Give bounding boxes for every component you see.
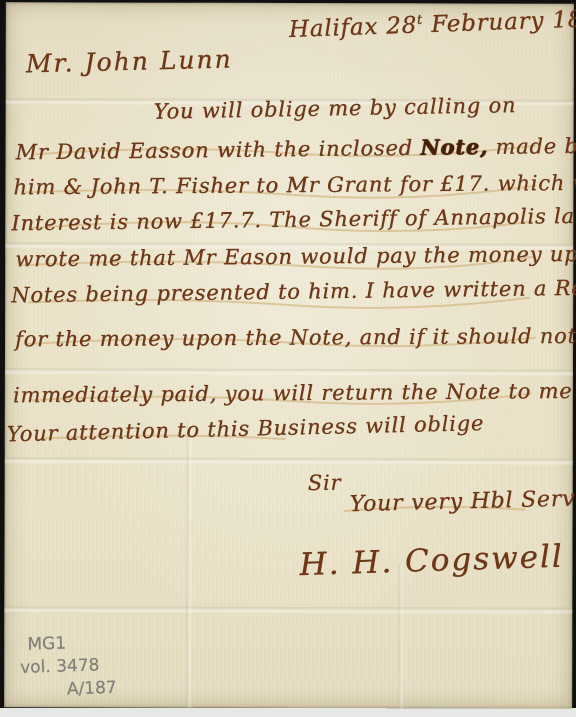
body-line-9: Your attention to this Business will obl… xyxy=(7,411,485,446)
fold-crease xyxy=(186,423,193,708)
body-line-2-post: made by xyxy=(488,134,576,159)
closing-sir: Sir xyxy=(307,471,341,495)
date-place-day: Halifax 28 xyxy=(288,12,417,43)
signature: H. H. Cogswell xyxy=(299,539,564,584)
body-line-2: Mr David Easson with the inclosed Note, … xyxy=(15,133,576,165)
fold-crease xyxy=(4,606,572,614)
body-line-8: immediately paid, you will return the No… xyxy=(13,379,573,407)
recipient-name: Mr. John Lunn xyxy=(25,44,232,78)
date-month-year: February 1803 xyxy=(423,5,576,38)
body-line-5: wrote me that Mr Eason would pay the mon… xyxy=(15,241,576,271)
archival-volume: vol. 3478 xyxy=(20,654,117,680)
body-line-6: Notes being presented to him. I have wri… xyxy=(11,275,576,307)
fold-crease xyxy=(398,563,404,708)
archival-fonds: MG1 xyxy=(27,631,116,657)
fold-crease xyxy=(5,368,573,376)
body-line-1: You will oblige me by calling on xyxy=(153,93,516,124)
body-line-3: him & John T. Fisher to Mr Grant for £17… xyxy=(13,170,576,199)
body-line-2-pre: Mr David Easson with the inclosed xyxy=(15,136,420,165)
body-line-4: Interest is now £17.7. The Sheriff of An… xyxy=(11,203,576,235)
scanner-bed-edge xyxy=(0,708,576,717)
date-line: Halifax 28t February 1803 xyxy=(288,5,576,43)
valediction: Your very Hbl Servt xyxy=(349,486,576,517)
scanned-letter: Halifax 28t February 1803 Mr. John Lunn … xyxy=(0,0,576,717)
archival-reference-note: MG1 vol. 3478 A/187 xyxy=(19,631,117,703)
emphasized-word-note: Note, xyxy=(420,134,488,160)
body-line-7: for the money upon the Note, and if it s… xyxy=(15,324,576,352)
fold-crease xyxy=(5,457,573,465)
letter-paper: Halifax 28t February 1803 Mr. John Lunn … xyxy=(4,2,574,708)
archival-item: A/187 xyxy=(67,677,118,702)
